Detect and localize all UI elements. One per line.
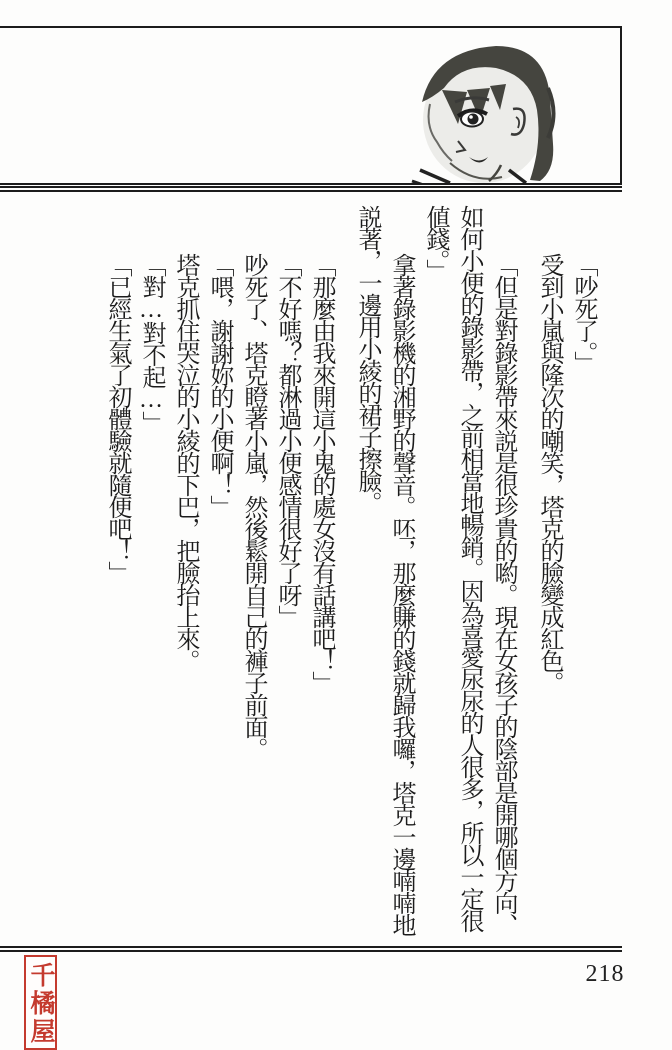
novel-paragraph: 拿著錄影機的湘野的聲音。呸，那麼賺的錢就歸我囉，塔克一邊喃喃地説著，一邊用小綾的…: [350, 205, 418, 940]
seal-text: 千橘屋: [26, 958, 55, 1049]
novel-paragraph: 「但是對錄影帶來説是很珍貴的喲。現在女孩子的陰部是開哪個方向、如何小便的錄影帶，…: [418, 205, 520, 940]
header-rule-bottom: [0, 190, 622, 192]
novel-text-block: 「吵死了。」 受到小嵐與隆次的嘲笑，塔克的臉變成紅色。 「但是對錄影帶來説是很珍…: [95, 205, 600, 940]
footer-rule-bottom: [0, 950, 622, 952]
header-rule-top: [0, 186, 622, 188]
novel-paragraph: 「對…對不起…」: [134, 205, 168, 940]
red-seal-stamp: 千橘屋: [24, 955, 57, 1050]
novel-paragraph: 吵死了、塔克瞪著小嵐，然後鬆開自己的褲子前面。: [236, 205, 270, 940]
footer-rule-top: [0, 946, 622, 948]
novel-paragraph: 塔克抓住哭泣的小綾的下巴，把臉抬上來。: [168, 205, 202, 940]
novel-paragraph: 「已經生氣了初體驗就隨便吧！」: [100, 205, 134, 940]
novel-paragraph: 「喂，謝謝妳的小便啊！」: [202, 205, 236, 940]
novel-paragraph: 受到小嵐與隆次的嘲笑，塔克的臉變成紅色。: [532, 205, 566, 940]
novel-paragraph: 「吵死了。」: [566, 205, 600, 940]
novel-paragraph: 「不好嗎？都淋過小便感情很好了呀」: [270, 205, 304, 940]
page-number: 218: [575, 961, 635, 988]
boy-face-illustration: [392, 30, 592, 185]
header-illustration-box: [0, 26, 622, 185]
novel-paragraph: 「那麼由我來開這小鬼的處女沒有話講吧！」: [304, 205, 338, 940]
